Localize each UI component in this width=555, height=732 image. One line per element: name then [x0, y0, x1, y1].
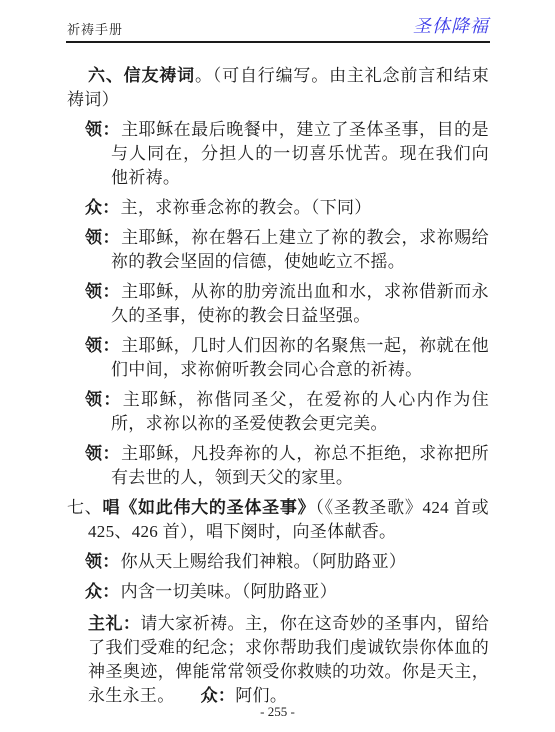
document-page: 祈祷手册 圣体降福 六、信友祷词。（可自行编写。由主礼念前言和结束祷词） 领：主…: [0, 0, 555, 732]
speaker-label: 领：: [85, 120, 120, 139]
entry-text: 你从天上赐给我们神粮。（阿肋路亚）: [121, 552, 407, 571]
header-rule: [66, 41, 490, 43]
litany-entry: 领：主耶稣，从祢的肋旁流出血和水，求祢借新而永久的圣事，使祢的教会日益坚强。: [111, 280, 489, 328]
litany-entry: 众：主，求祢垂念祢的教会。（下同）: [111, 196, 489, 220]
section-6-title: 六、信友祷词: [88, 66, 195, 85]
page-header: 祈祷手册 圣体降福: [67, 12, 489, 38]
section-6-heading: 六、信友祷词。（可自行编写。由主礼念前言和结束祷词）: [67, 64, 489, 112]
entry-text: 主耶稣，凡投奔祢的人，祢总不拒绝，求祢把所有去世的人，领到天父的家里。: [111, 444, 489, 487]
speaker-label: 领：: [85, 444, 120, 463]
page-number: - 255 -: [260, 704, 295, 719]
entry-text: 主耶稣，祢在磐石上建立了祢的教会，求祢赐给祢的教会坚固的信德，使她屹立不摇。: [111, 228, 489, 271]
celebrant-label: 主礼：: [88, 614, 140, 633]
litany-entry: 领：主耶稣，几时人们因祢的名聚焦一起，祢就在他们中间，求祢俯听教会同心合意的祈祷…: [111, 334, 489, 382]
entry-text: 主，求祢垂念祢的教会。（下同）: [121, 198, 372, 217]
entry-text: 内含一切美味。（阿肋路亚）: [121, 582, 337, 601]
page-footer: - 255 -: [0, 704, 555, 720]
celebrant-text: 请大家祈祷。主，你在这奇妙的圣事内，留给了我们受难的纪念；求你帮助我们虔诚钦崇你…: [88, 614, 489, 705]
entry-text: 主耶稣，几时人们因祢的名聚焦一起，祢就在他们中间，求祢俯听教会同心合意的祈祷。: [111, 336, 489, 379]
speaker-label: 众：: [85, 582, 120, 601]
versicle-entry: 众：内含一切美味。（阿肋路亚）: [111, 580, 489, 604]
speaker-label: 领：: [85, 228, 120, 247]
response-label: 众：: [201, 686, 236, 705]
speaker-label: 众：: [85, 198, 120, 217]
spacer: [166, 686, 201, 705]
section-7-heading: 七、唱《如此伟大的圣体圣事》（《圣教圣歌》424 首或 425、426 首），唱…: [88, 496, 489, 544]
speaker-label: 领：: [85, 336, 120, 355]
speaker-label: 领：: [85, 552, 120, 571]
running-head-left: 祈祷手册: [67, 19, 123, 38]
running-head-right: 圣体降福: [413, 12, 489, 38]
litany-entry: 领：主耶稣，凡投奔祢的人，祢总不拒绝，求祢把所有去世的人，领到天父的家里。: [111, 442, 489, 490]
response-text: 阿们。: [235, 686, 287, 705]
speaker-label: 领：: [85, 282, 120, 301]
versicle-entry: 领：你从天上赐给我们神粮。（阿肋路亚）: [111, 550, 489, 574]
entry-text: 主耶稣，从祢的肋旁流出血和水，求祢借新而永久的圣事，使祢的教会日益坚强。: [111, 282, 489, 325]
entry-text: 主耶稣在最后晚餐中，建立了圣体圣事，目的是与人同在，分担人的一切喜乐忧苦。现在我…: [111, 120, 489, 187]
speaker-label: 领：: [85, 390, 122, 409]
page-body: 六、信友祷词。（可自行编写。由主礼念前言和结束祷词） 领：主耶稣在最后晚餐中，建…: [67, 56, 489, 708]
entry-text: 主耶稣，祢偕同圣父，在爱祢的人心内作为住所，求祢以祢的圣爱使教会更完美。: [111, 390, 489, 433]
litany-entry: 领：主耶稣，祢偕同圣父，在爱祢的人心内作为住所，求祢以祢的圣爱使教会更完美。: [111, 388, 489, 436]
celebrant-paragraph: 主礼：请大家祈祷。主，你在这奇妙的圣事内，留给了我们受难的纪念；求你帮助我们虔诚…: [88, 612, 489, 708]
litany-entry: 领：主耶稣，祢在磐石上建立了祢的教会，求祢赐给祢的教会坚固的信德，使她屹立不摇。: [111, 226, 489, 274]
section-7-title: 唱《如此伟大的圣体圣事》: [102, 498, 315, 517]
section-7-number: 七、: [67, 498, 102, 517]
litany-entry: 领：主耶稣在最后晚餐中，建立了圣体圣事，目的是与人同在，分担人的一切喜乐忧苦。现…: [111, 118, 489, 190]
